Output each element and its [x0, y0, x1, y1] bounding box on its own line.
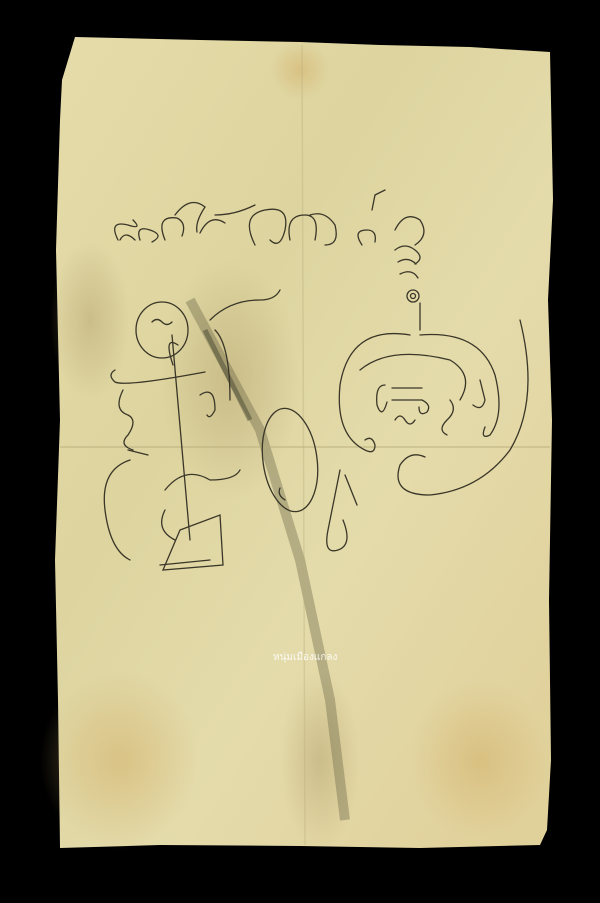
manuscript-paper	[0, 0, 600, 903]
watermark-text: หนุ่มเมืองแกลง	[273, 650, 337, 665]
photo: หนุ่มเมืองแกลง	[0, 0, 600, 903]
